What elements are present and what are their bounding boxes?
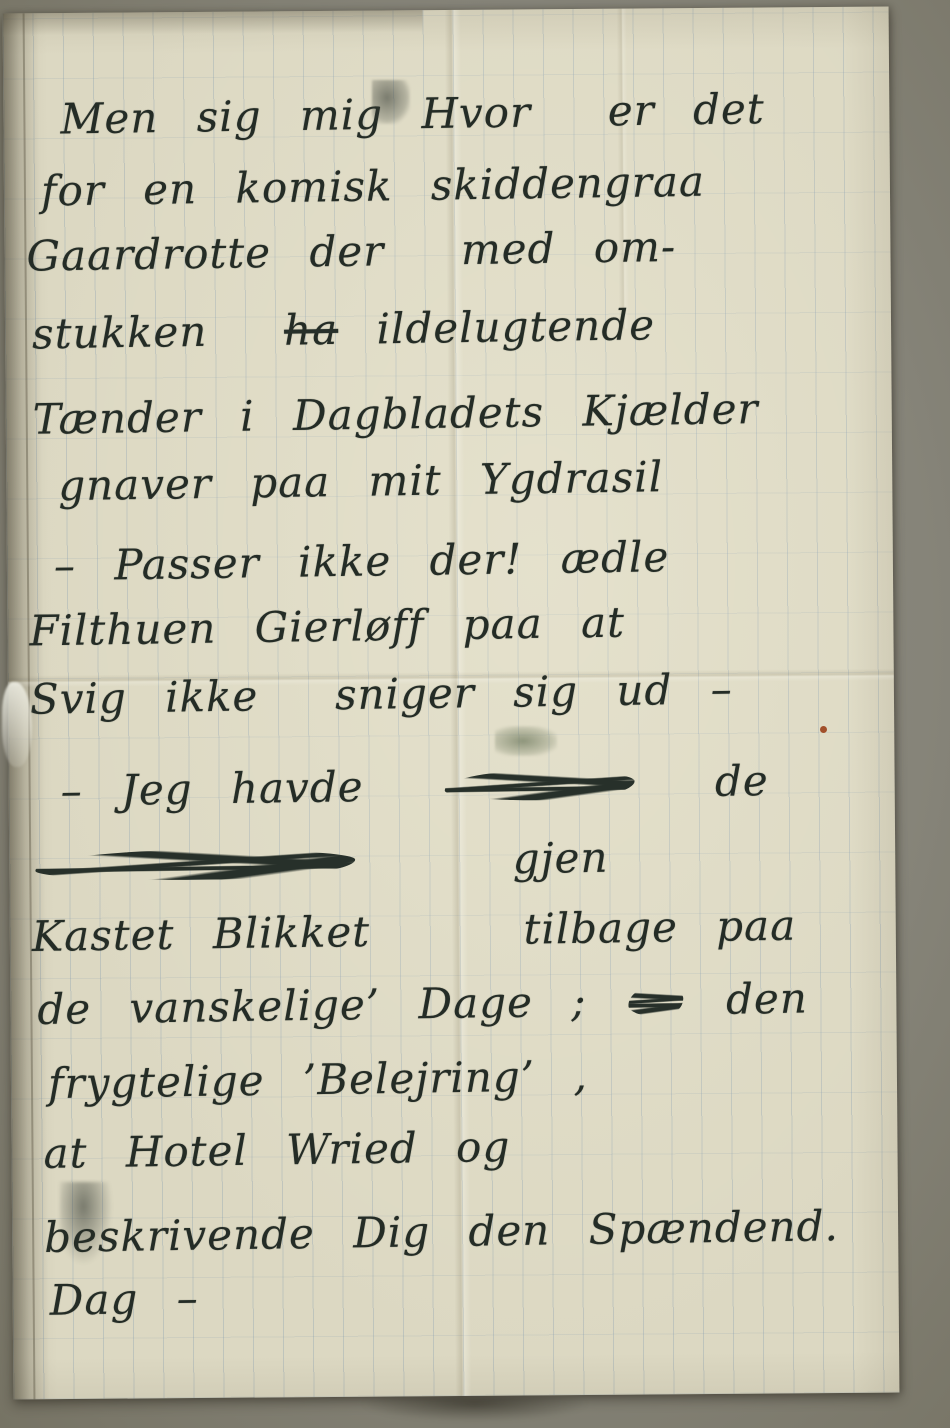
handwritten-line: Kastet Blikket tilbage paa [31,901,796,961]
text-segment: Dag – [49,1273,199,1324]
text-segment: – Passer ikke der! ædle [54,532,670,590]
handwritten-line: de vanskelige’ Dage ; den [37,974,808,1034]
handwritten-line: Men sig mig Hvor er det [60,84,765,143]
text-segment: Gaardrotte der med om- [26,222,676,281]
text-segment: de vanskelige’ Dage ; [37,976,625,1034]
handwritten-line: frygtelige ’Belejring’ , [48,1051,588,1108]
text-segment: gnaver paa mit Ygdrasil [58,452,663,510]
ink-fingerprint [60,1182,112,1264]
text-segment: Svig ikke sniger sig ud – [30,664,733,723]
text-segment: frygtelige ’Belejring’ , [48,1051,588,1108]
text-segment: at Hotel Wried og [43,1122,510,1178]
handwritten-line: gnaver paa mit Ygdrasil [58,452,663,510]
handwritten-line: Filthuen Gierløff paa at [29,598,625,656]
ink-smudge-top [372,80,410,124]
text-segment: Kastet Blikket tilbage paa [31,901,796,961]
handwritten-line: – Passer ikke der! ædle [54,532,670,590]
handwritten-line: at Hotel Wried og [43,1122,510,1178]
scribbled-out-text [629,986,684,1017]
ink-smudge-middle [495,726,557,756]
handwritten-line: stukken ha ildelugtende [32,300,656,358]
text-segment: de [638,756,769,807]
struck-text: ha [284,305,339,355]
handwritten-line: Gaardrotte der med om- [26,222,676,281]
handwritten-line: for en komisk skiddengraa [41,157,706,216]
scribbled-out-text [444,769,634,802]
text-segment: stukken [32,306,285,359]
text-segment: for en komisk skiddengraa [41,157,706,216]
handwritten-line: beskrivende Dig den Spændend. [44,1201,839,1262]
text-segment: ildelugtende [338,300,656,354]
red-speck [820,726,827,733]
letter-text: Men sig mig Hvor er detfor en komisk ski… [3,7,900,1400]
handwritten-line: – Jeg havde de [60,756,769,815]
handwritten-line: Svig ikke sniger sig ud – [30,664,733,723]
handwritten-line: gjen [31,833,609,891]
handwritten-line: Dag – [49,1273,199,1324]
text-segment: Men sig mig Hvor er det [60,84,765,143]
text-segment: gjen [359,833,609,886]
text-segment: Filthuen Gierløff paa at [29,598,625,656]
letter-paper: Men sig mig Hvor er detfor en komisk ski… [3,7,900,1400]
scribbled-out-text [35,848,355,883]
text-segment: beskrivende Dig den Spændend. [44,1201,839,1262]
text-segment: den [687,974,808,1025]
handwritten-line: Tænder i Dagbladets Kjælder [32,384,758,444]
paper-bottom-shadow [360,1396,590,1422]
text-segment: Tænder i Dagbladets Kjælder [32,384,758,444]
text-segment: – Jeg havde [60,761,440,816]
